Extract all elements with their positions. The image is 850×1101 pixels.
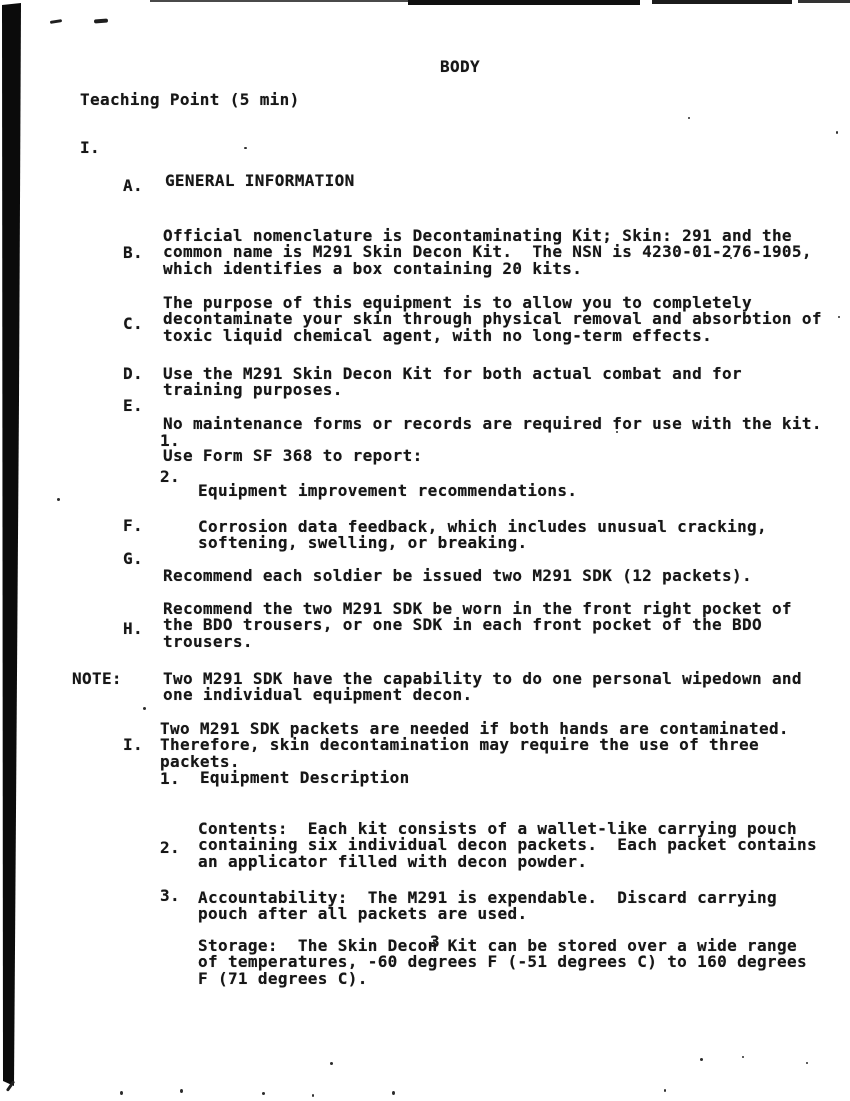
scan-speckle [57, 498, 60, 501]
page-number: 3 [430, 934, 440, 951]
item-label: 3. [160, 888, 180, 905]
scan-speckle [120, 1091, 123, 1095]
scan-speckle [50, 19, 62, 24]
scan-artifact-top-edge [798, 0, 850, 3]
scan-speckle [742, 1056, 744, 1058]
item-label: F. [123, 518, 143, 535]
item-label: 1. [160, 771, 180, 788]
item-label: A. [123, 178, 143, 195]
scan-speckle [838, 316, 840, 318]
scan-speckle [688, 117, 690, 119]
scan-artifact-top-edge [652, 0, 792, 4]
scanned-document-page: BODY Teaching Point (5 min) I. GENERAL I… [0, 0, 850, 1101]
scan-speckle [700, 1058, 703, 1061]
item-label: C. [123, 316, 143, 333]
item-text: Storage: The Skin Decon Kit can be store… [198, 938, 807, 988]
scan-speckle [664, 1089, 666, 1092]
scan-artifact-left-bar [0, 0, 24, 1090]
scan-speckle [94, 19, 108, 24]
page-header: BODY [440, 59, 480, 76]
scan-artifact-top-edge [150, 0, 408, 2]
scan-speckle [836, 131, 838, 134]
item-label: 1. [160, 433, 180, 450]
item-label: E. [123, 398, 143, 415]
item-label: 2. [160, 840, 180, 857]
scan-speckle [806, 1062, 808, 1064]
item-label: H. [123, 621, 143, 638]
note-label: NOTE: [72, 671, 122, 688]
item-label: D. [123, 366, 143, 383]
scan-artifact-top-edge [408, 0, 640, 5]
section-label: I. [80, 140, 100, 157]
scan-speckle [392, 1091, 395, 1095]
scan-speckle [312, 1094, 314, 1097]
scan-speckle [180, 1089, 183, 1093]
scan-speckle [143, 707, 146, 710]
equipment-subitem-3: 3. Storage: The Skin Decon Kit can be st… [198, 888, 807, 1020]
item-label: I. [123, 737, 143, 754]
item-label: B. [123, 245, 143, 262]
scan-speckle [330, 1062, 333, 1065]
item-label: G. [123, 551, 143, 568]
scan-speckle [262, 1092, 265, 1095]
item-label: 2. [160, 469, 180, 486]
teaching-point: Teaching Point (5 min) [80, 92, 300, 109]
